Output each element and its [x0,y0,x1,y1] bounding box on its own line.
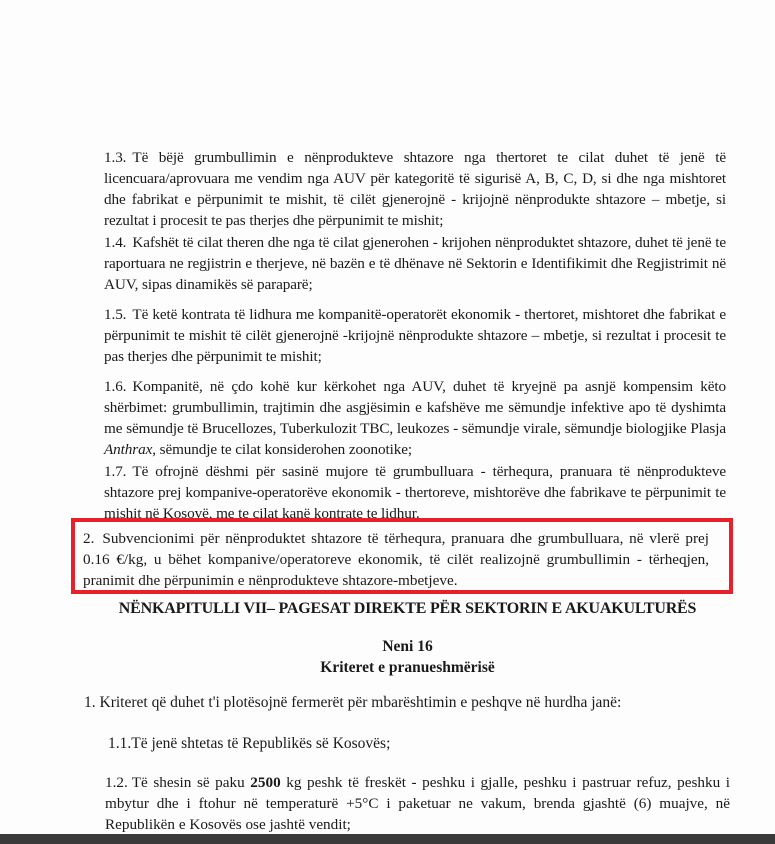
criteria-1-1: 1.1.Të jenë shtetas të Republikës së Kos… [108,733,728,754]
item-number: 1.6. [104,378,126,395]
paragraph-1-3: 1.3.Të bëjë grumbullimin e nënprodukteve… [104,147,726,231]
paragraph-1-4: 1.4.Kafshët të cilat theren dhe nga të c… [104,232,726,295]
item-text: Kompanitë, në çdo kohë kur kërkohet nga … [104,378,726,437]
paragraph-1-6: 1.6.Kompanitë, në çdo kohë kur kërkohet … [104,376,726,460]
item-text: Të ketë kontrata të lidhura me kompanitë… [104,306,726,365]
bottom-edge-bar [0,834,775,844]
item-number: 1.4. [104,234,126,251]
highlighted-paragraph-2: 2.Subvencionimi për nënproduktet shtazor… [83,528,709,591]
item-text: Të shesin së paku [132,774,251,791]
paragraph-1-7: 1.7.Të ofrojnë dëshmi për sasinë mujore … [104,461,726,524]
paragraph-1-5: 1.5.Të ketë kontrata të lidhura me kompa… [104,304,726,367]
item-number: 1.2. [105,774,128,791]
item-number: 1.1. [108,735,131,752]
document-page: 1.3.Të bëjë grumbullimin e nënprodukteve… [0,0,775,834]
item-number: 1.7. [104,463,126,480]
item-number: 2. [83,530,94,547]
item-text: Të jenë shtetas të Republikës së Kosovës… [131,735,390,752]
article-title: Kriteret e pranueshmërisë [0,659,775,677]
article-number: Neni 16 [0,638,775,656]
item-number: 1.5. [104,306,126,323]
item-text: Subvencionimi për nënproduktet shtazore … [83,530,709,589]
criteria-1-2: 1.2.Të shesin së paku 2500 kg peshk të f… [105,772,730,835]
item-text: Të ofrojnë dëshmi për sasinë mujore të g… [104,463,726,522]
criteria-intro: 1. Kriteret që duhet t'i plotësojnë ferm… [84,692,734,713]
chapter-heading: NËNKAPITULLI VII– PAGESAT DIREKTE PËR SE… [0,600,775,618]
item-number: 1.3. [104,149,126,166]
italic-term: Anthrax [104,441,152,458]
bold-quantity: 2500 [250,774,280,791]
item-text: Kafshët të cilat theren dhe nga të cilat… [104,234,726,293]
item-text: Të bëjë grumbullimin e nënprodukteve sht… [104,149,726,229]
item-text-end: , sëmundje te cilat konsiderohen zoonoti… [152,441,412,458]
